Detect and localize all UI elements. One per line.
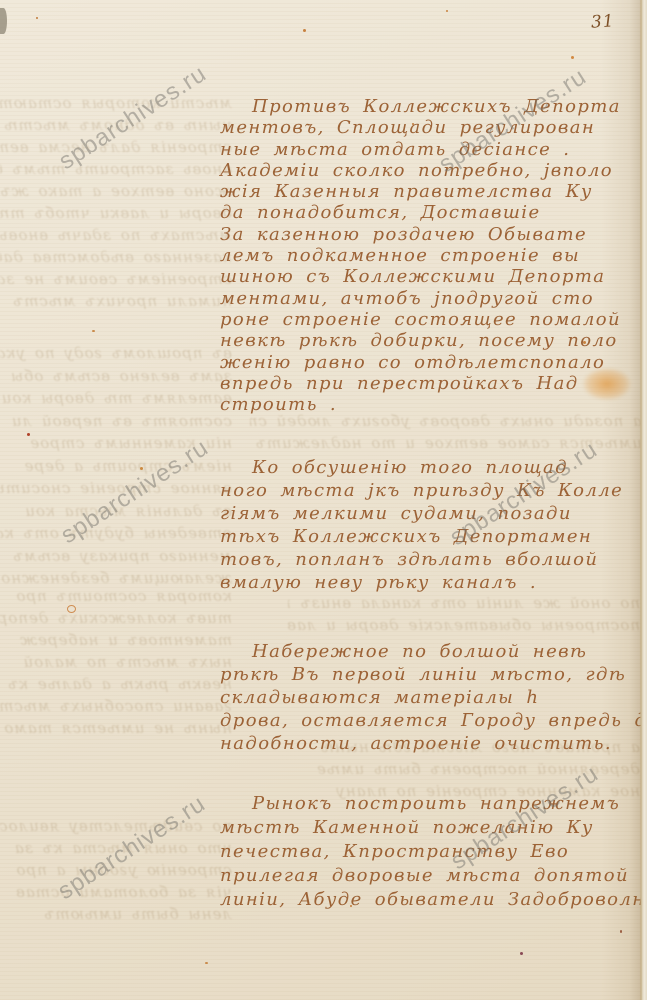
verso-bleedthrough-block: которая состоитъ противъ коллежскихъ деп… [0,585,232,741]
manuscript-line: печества, Кпространству Ево [220,840,636,864]
paper-speck [571,56,574,59]
manuscript-line: складываются матерiалы h [220,686,636,709]
bleedthrough-line: таментовъ и набереж [0,629,232,651]
bleedthrough-line: вновь застроить тѣмъ бре [0,158,232,180]
manuscript-paragraph-4: Рынокъ построить напрежнемъмѣстѣ Каменно… [220,792,636,912]
manuscript-line: строить . [220,394,636,415]
paper-speck [446,10,448,12]
manuscript-line: ные мѣста отдать десiансе . [220,139,636,160]
paper-speck [36,17,38,19]
bleedthrough-line: тивъ коллежскихъ депор [0,607,232,629]
paper-speck [412,123,414,125]
manuscript-paragraph-1: Противъ Коллежскихъ Депортаментовъ, Спло… [220,96,636,415]
paper-speck [205,962,208,964]
bleedthrough-line: нимали прочихъ мѣстъ [0,290,232,312]
bleedthrough-line: мѣстахъ по здачѣ вновь [0,224,232,246]
manuscript-paragraph-3: Набережное по болшой невѣрѣкѣ Въ первой … [220,640,636,755]
manuscript-line: Противъ Коллежскихъ Депорта [220,96,636,117]
manuscript-line: невкѣ рѣкѣ добирки, посему поло [220,330,636,351]
manuscript-line: надобности, астроенiе очистить. [220,732,636,755]
bleedthrough-line: отведены будутъ отъ ка [0,522,232,545]
bleedthrough-line: замъ велено всѣмъ обы [0,365,232,388]
paper-speck [583,341,586,344]
page-number: 31 [590,11,615,33]
bleedthrough-line: невкѣ рѣкѣ а далѣе къ [0,673,232,695]
paper-speck [520,952,523,955]
paper-speck [27,433,30,436]
bleedthrough-line: строенiемъ своимъ не за [0,268,232,290]
manuscript-page: 31 мѣсти которыя остаются понынѣ въ одно… [0,0,647,1000]
paper-speck [140,467,143,470]
manuscript-line: вмалую неву рѣку каналъ . [220,571,636,594]
bleedthrough-line: жоно ветхое а тако жъ [0,180,232,202]
manuscript-line: ного мѣста jкъ приѣзду Къ Колле [220,479,636,502]
manuscript-line: За казенною роздачею Обывате [220,224,636,245]
paper-speck [303,29,306,32]
manuscript-line: шиною съ Коллежскими Депорта [220,266,636,287]
bleedthrough-line: лены быть имѣютъ [0,903,232,925]
manuscript-line: дрова, оставляется Городу впредь для [220,709,636,732]
manuscript-line: товъ, попланъ здѣлать вболшой [220,548,636,571]
paper-speck [67,605,76,613]
bleedthrough-line: ныхъ мѣстъ по малой [0,651,232,673]
manuscript-line: впредь при перестройкахъ Над [220,373,636,394]
bleedthrough-line: гавани способныхъ мѣстъ [0,695,232,717]
manuscript-line: жiя Казенныя правителства Ку [220,181,636,202]
manuscript-line: Академiи сколко потребно, jвполо [220,160,636,181]
manuscript-line: тѣхъ Коллежскихъ Депортамен [220,525,636,548]
bleedthrough-line: чiя за болотами остав [0,881,232,903]
bleedthrough-line: мѣсти которыя остаются по [0,92,232,114]
manuscript-line: прилегая дворовые мѣста допятой [220,864,636,888]
manuscript-line: ментовъ, Сплощади регулирован [220,117,636,138]
bleedthrough-line: дворы и лавки чтобъ тѣхъ [0,202,232,224]
manuscript-line: роне строенiе состоящее помалой [220,309,636,330]
binding-edge-mark [0,8,7,34]
manuscript-line: да понадобится, Доставшiе [220,202,636,223]
bleedthrough-line: по оной же линiи отъ канала внизъ по рѣк… [288,592,640,614]
bleedthrough-line: меннаго приказу всѣмъ [0,545,232,568]
manuscript-line: ментами, ачтобъ jподругой сто [220,288,636,309]
manuscript-line: лемъ подкаменное строенiе вы [220,245,636,266]
verso-bleedthrough-block: по оной же линiи отъ канала внизъ по рѣк… [288,592,640,638]
bleedthrough-line: состоятъ въ первой ли [0,410,232,433]
manuscript-line: линiи, Абуде обыватели Задоброволную [220,888,636,912]
bleedthrough-line: нынѣ не имѣется тамо [0,717,232,739]
paper-speck [92,330,95,332]
bleedthrough-line: въ прошломъ году по ука [0,342,232,365]
manuscript-line: гiямъ мелкими судами, позади [220,502,636,525]
bleedthrough-line: вателямъ тѣ дворы кои [0,387,232,410]
bleedthrough-line: казеннаго вѣдомства дабы [0,246,232,268]
manuscript-line: мѣстѣ Каменной пожеланiю Ку [220,816,636,840]
paper-speck [620,930,622,933]
manuscript-line: женiю равно со отдѣлетспопало [220,352,636,373]
manuscript-line: рѣкѣ Въ первой линiи мѣсто, гдѣ [220,663,636,686]
bleedthrough-line: которая состоитъ про [0,585,232,607]
manuscript-line: Набережное по болшой невѣ [220,640,636,663]
bleedthrough-line: построены обывателскiе дворы и лавки тор… [288,614,640,636]
paper-speck [350,905,352,907]
